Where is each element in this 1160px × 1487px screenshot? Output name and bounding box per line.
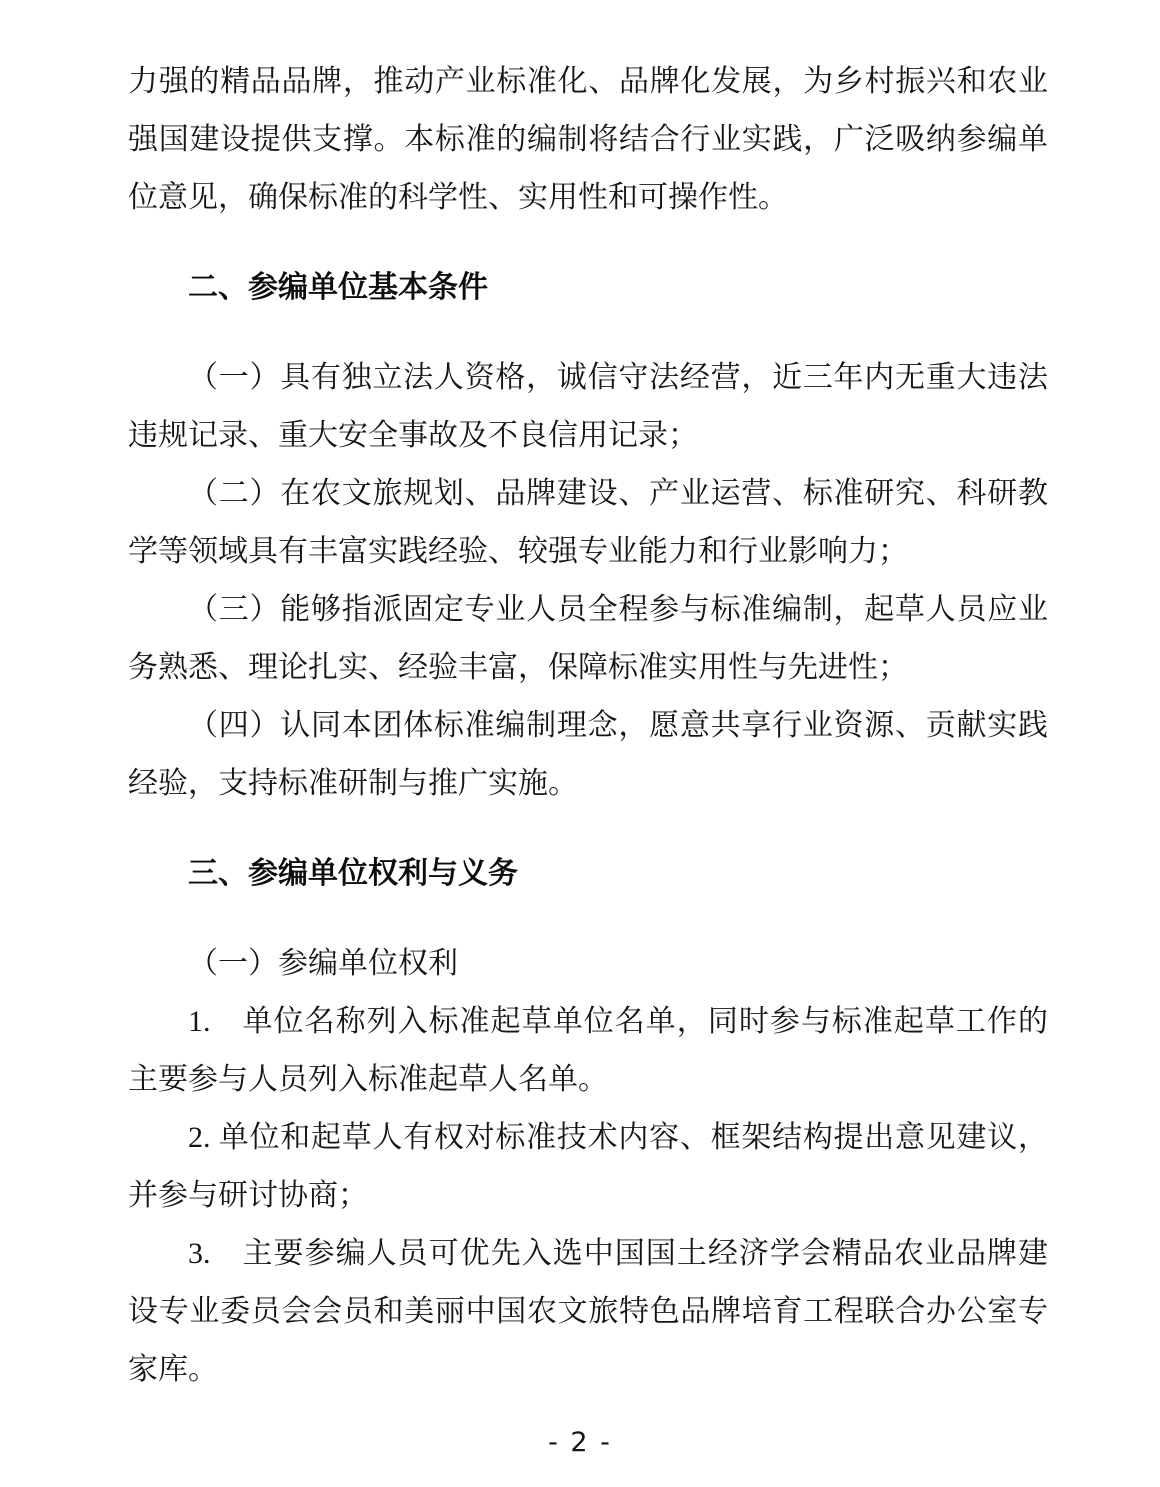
page-number: - 2 - bbox=[0, 1428, 1160, 1458]
paragraph-continuation: 力强的精品品牌，推动产业标准化、品牌化发展，为乡村振兴和农业强国建设提供支撑。本… bbox=[128, 53, 1048, 227]
section-heading-2: 二、参编单位基本条件 bbox=[128, 259, 1048, 317]
rights-item-3: 3. 主要参编人员可优先入选中国国土经济学会精品农业品牌建设专业委员会会员和美丽… bbox=[128, 1225, 1048, 1399]
subsection-heading-rights: （一）参编单位权利 bbox=[128, 935, 1048, 993]
document-page: 力强的精品品牌，推动产业标准化、品牌化发展，为乡村振兴和农业强国建设提供支撑。本… bbox=[0, 0, 1160, 1487]
condition-item-4: （四）认同本团体标准编制理念，愿意共享行业资源、贡献实践经验，支持标准研制与推广… bbox=[128, 697, 1048, 813]
condition-item-2: （二）在农文旅规划、品牌建设、产业运营、标准研究、科研教学等领域具有丰富实践经验… bbox=[128, 465, 1048, 581]
condition-item-1: （一）具有独立法人资格，诚信守法经营，近三年内无重大违法违规记录、重大安全事故及… bbox=[128, 349, 1048, 465]
condition-item-3: （三）能够指派固定专业人员全程参与标准编制，起草人员应业务熟悉、理论扎实、经验丰… bbox=[128, 581, 1048, 697]
rights-item-2: 2. 单位和起草人有权对标准技术内容、框架结构提出意见建议，并参与研讨协商； bbox=[128, 1109, 1048, 1225]
rights-item-1: 1. 单位名称列入标准起草单位名单，同时参与标准起草工作的主要参与人员列入标准起… bbox=[128, 993, 1048, 1109]
section-heading-3: 三、参编单位权利与义务 bbox=[128, 845, 1048, 903]
